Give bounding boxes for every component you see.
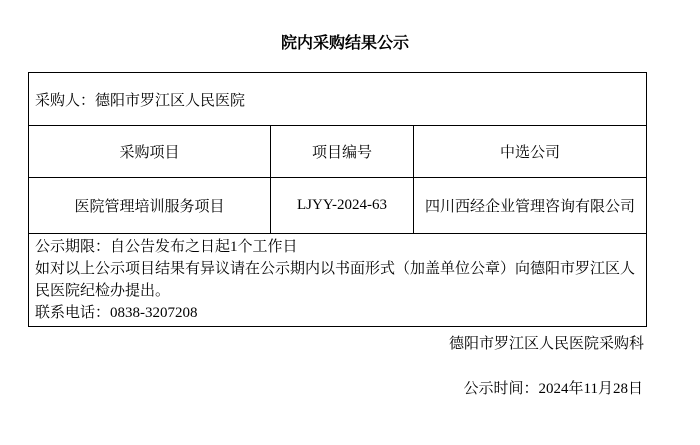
- notice-contact-line: 联系电话：0838-3207208: [35, 302, 640, 324]
- project-number-cell: LJYY-2024-63: [271, 178, 414, 234]
- page-title: 院内采购结果公示: [0, 35, 690, 52]
- publish-date: 公示时间：2024年11月28日: [28, 381, 643, 397]
- notice-deadline-line: 公示期限：自公告发布之日起1个工作日: [35, 236, 640, 258]
- column-header-selected-company: 中选公司: [414, 126, 647, 178]
- notice-row: 公示期限：自公告发布之日起1个工作日 如对以上公示项目结果有异议请在公示期内以书…: [29, 234, 647, 327]
- column-header-project: 采购项目: [29, 126, 271, 178]
- project-name-cell: 医院管理培训服务项目: [29, 178, 271, 234]
- announcement-document: 院内采购结果公示 采购人：德阳市罗江区人民医院 采购项目 项目编号 中选公司 医…: [0, 0, 700, 445]
- result-data-row: 医院管理培训服务项目 LJYY-2024-63 四川西经企业管理咨询有限公司: [29, 178, 647, 234]
- issuer-signature: 德阳市罗江区人民医院采购科: [28, 336, 644, 352]
- procurement-result-table: 采购人：德阳市罗江区人民医院 采购项目 项目编号 中选公司 医院管理培训服务项目…: [28, 72, 647, 327]
- purchaser-row: 采购人：德阳市罗江区人民医院: [29, 73, 647, 126]
- selected-company-cell: 四川西经企业管理咨询有限公司: [414, 178, 647, 234]
- purchaser-cell: 采购人：德阳市罗江区人民医院: [29, 73, 647, 126]
- table-header-row: 采购项目 项目编号 中选公司: [29, 126, 647, 178]
- notice-cell: 公示期限：自公告发布之日起1个工作日 如对以上公示项目结果有异议请在公示期内以书…: [29, 234, 647, 327]
- column-header-project-number: 项目编号: [271, 126, 414, 178]
- notice-objection-line: 如对以上公示项目结果有异议请在公示期内以书面形式（加盖单位公章）向德阳市罗江区人…: [35, 258, 640, 302]
